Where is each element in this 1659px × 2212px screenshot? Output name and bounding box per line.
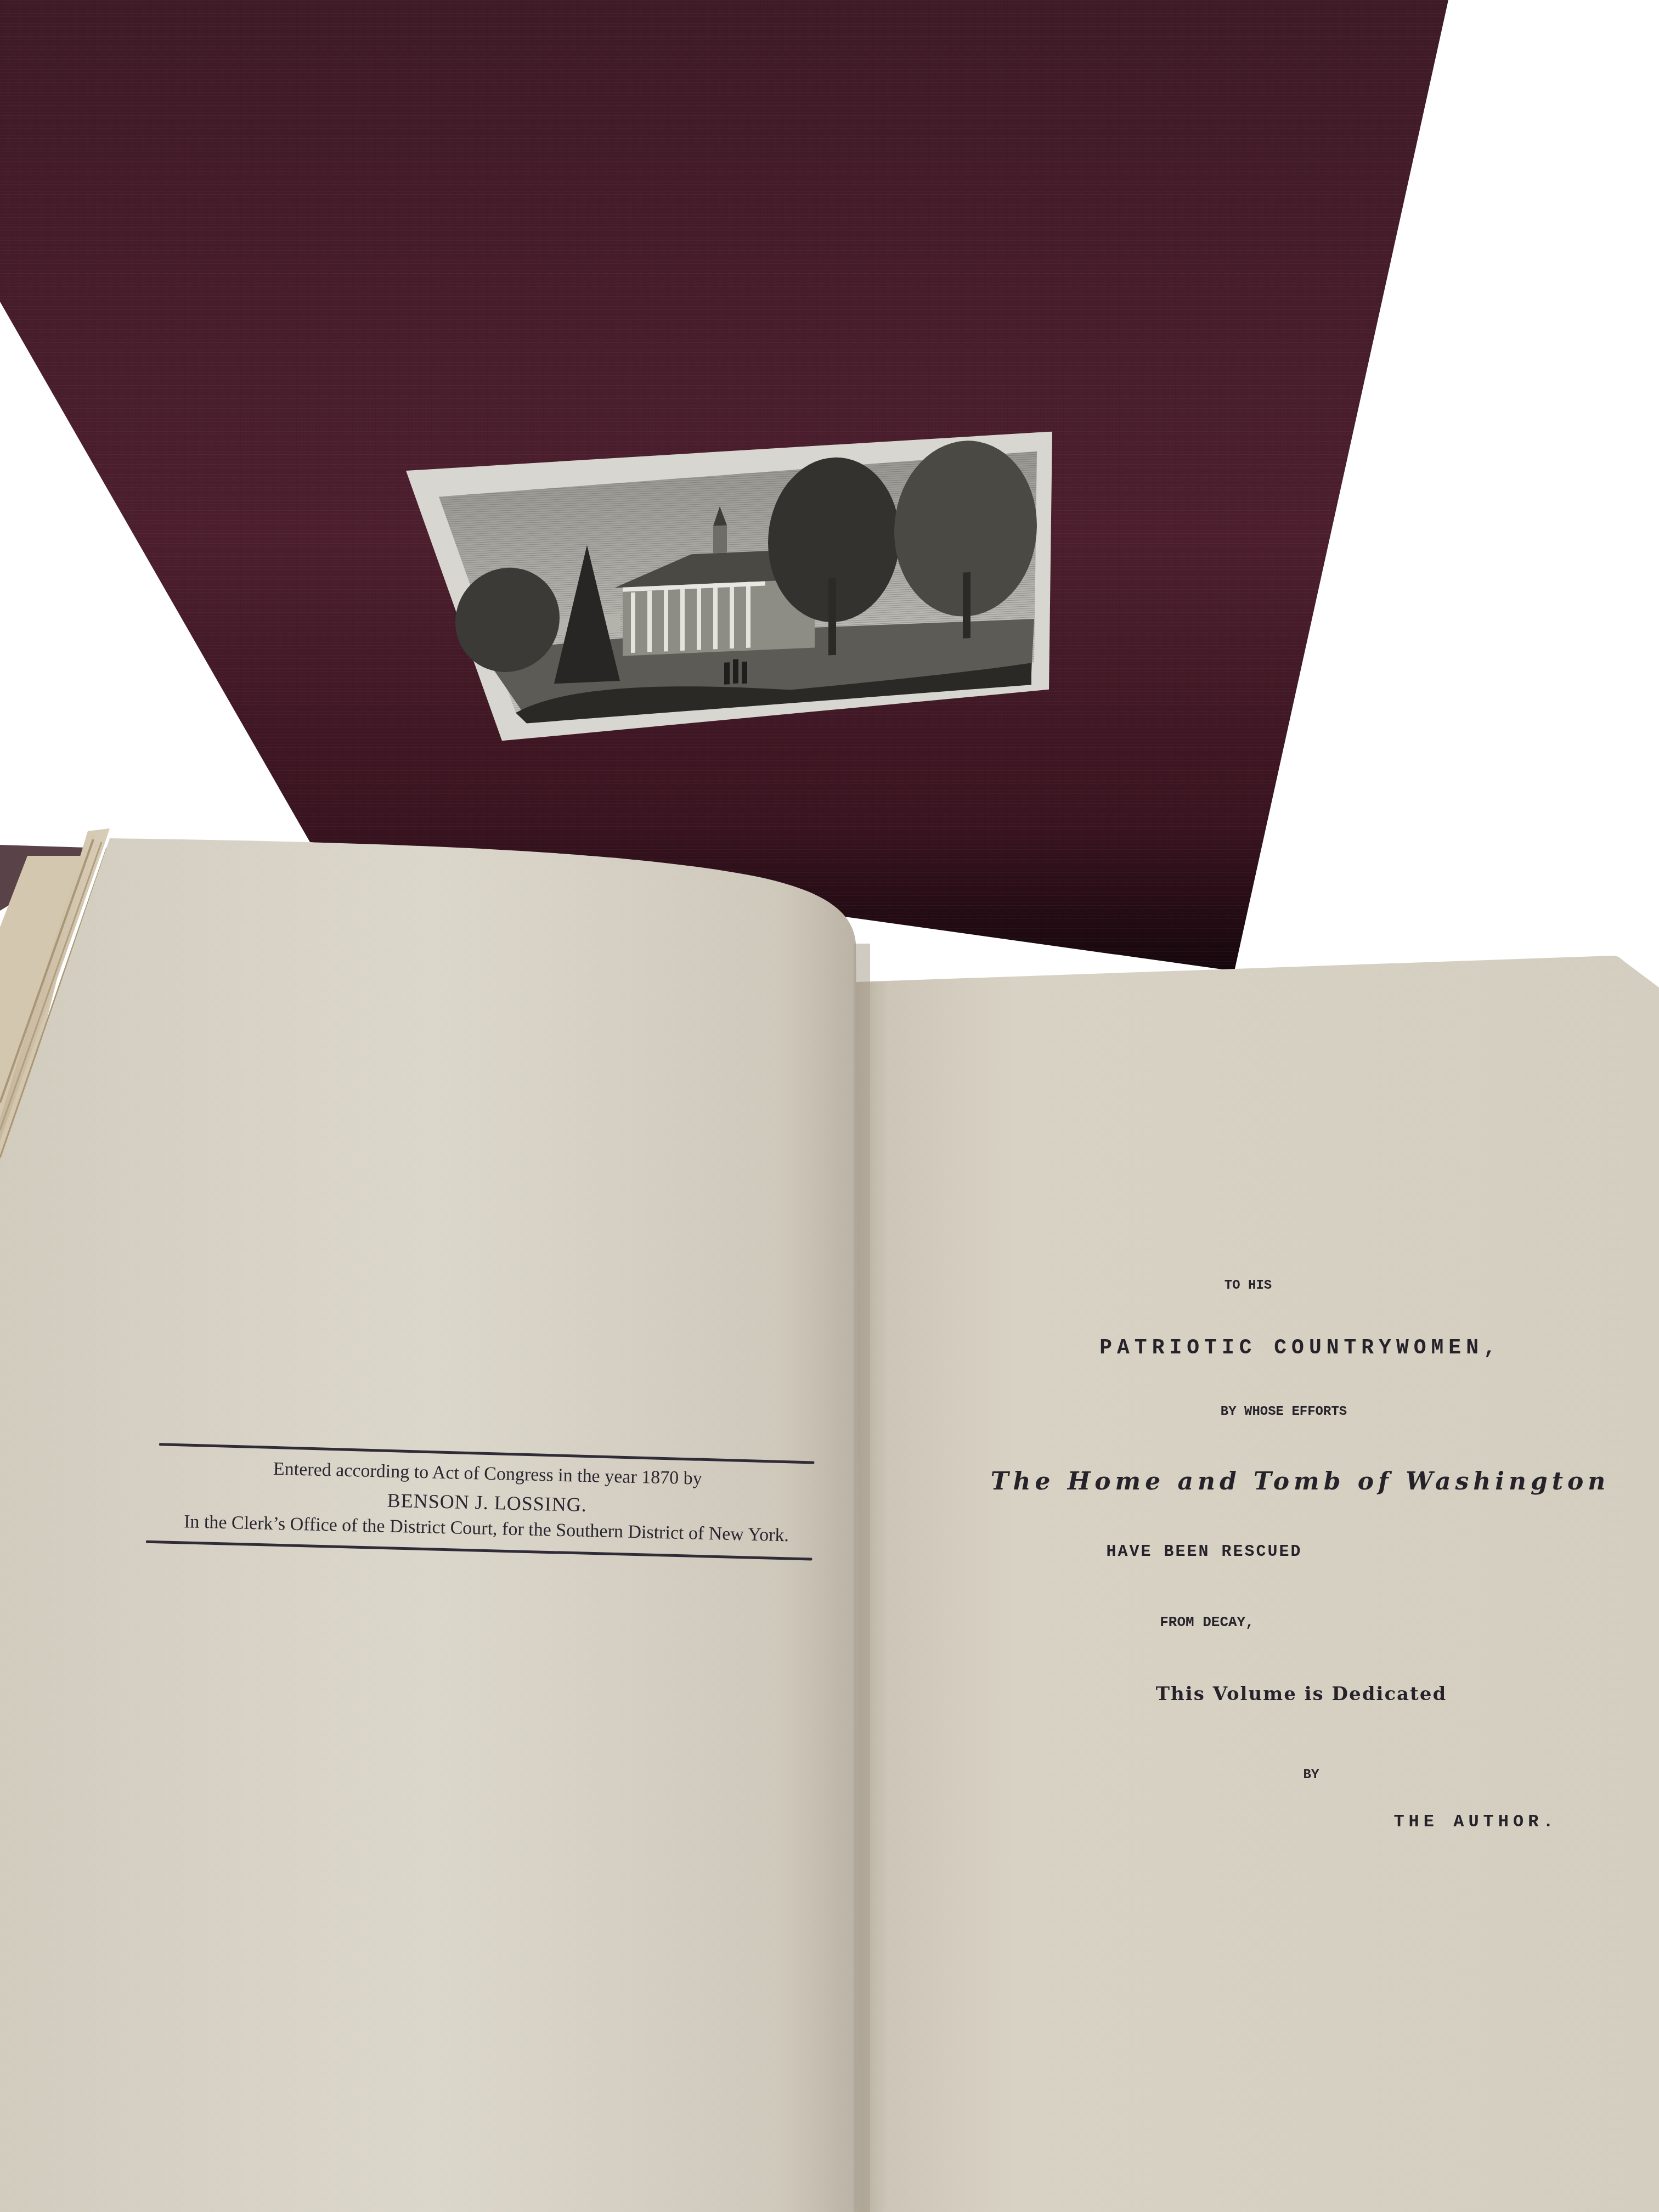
dedication-by: BY [1304,1768,1319,1782]
right-page [854,944,1659,2212]
dedication-to-his: TO HIS [1224,1278,1272,1293]
dedication-home-and-tomb: The Home and Tomb of Washington [991,1468,1610,1496]
slipcase-engraving [406,432,1052,745]
dedication-have-been-rescued: HAVE BEEN RESCUED [1106,1543,1302,1561]
dedication-patriotic-countrywomen: PATRIOTIC COUNTRYWOMEN, [1099,1336,1501,1360]
dedication-by-whose-efforts: BY WHOSE EFFORTS [1221,1404,1347,1419]
dedication-this-volume: This Volume is Dedicated [1156,1683,1447,1705]
copyright-notice: Entered according to Act of Congress in … [151,1443,823,1562]
scene-background [0,0,1659,2212]
dedication-from-decay: FROM DECAY, [1160,1614,1254,1630]
figures-icon [724,659,747,685]
dedication-the-author: THE AUTHOR. [1393,1812,1558,1832]
